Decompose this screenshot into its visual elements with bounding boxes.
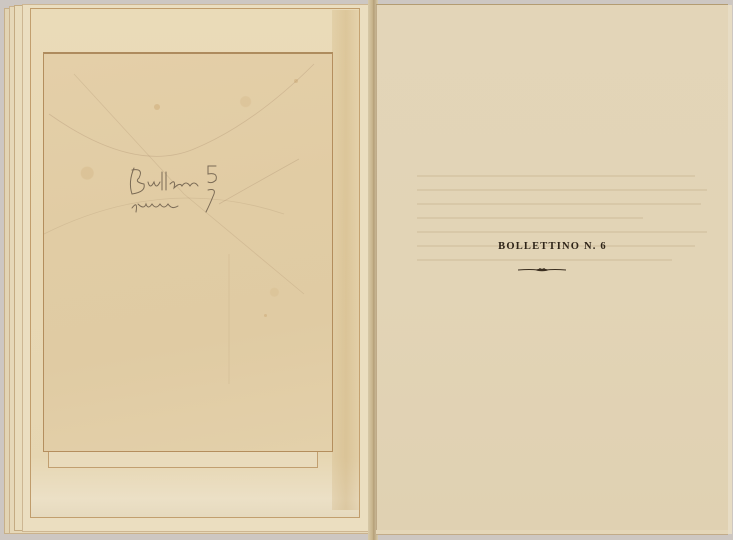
ornament-rule-icon [518,267,566,273]
edge-stain [332,10,360,510]
handwritten-note: Bulletins 5 Schrero 7 [124,160,244,220]
foxing-spot [264,314,267,317]
foxing-spot [154,104,160,110]
bleed-through-text [417,175,707,273]
document-photo: Bulletins 5 Schrero 7 [0,0,733,540]
bulletin-title: BOLLETTINO N. 6 [377,241,728,252]
page-edge [376,530,728,535]
faint-pencil-marks [44,54,333,452]
handwriting-strokes [124,160,244,220]
right-page: BOLLETTINO N. 6 [376,4,728,534]
left-page-stack: Bulletins 5 Schrero 7 [0,0,376,540]
foxing-spot [294,79,298,83]
inner-left-page [43,52,333,452]
